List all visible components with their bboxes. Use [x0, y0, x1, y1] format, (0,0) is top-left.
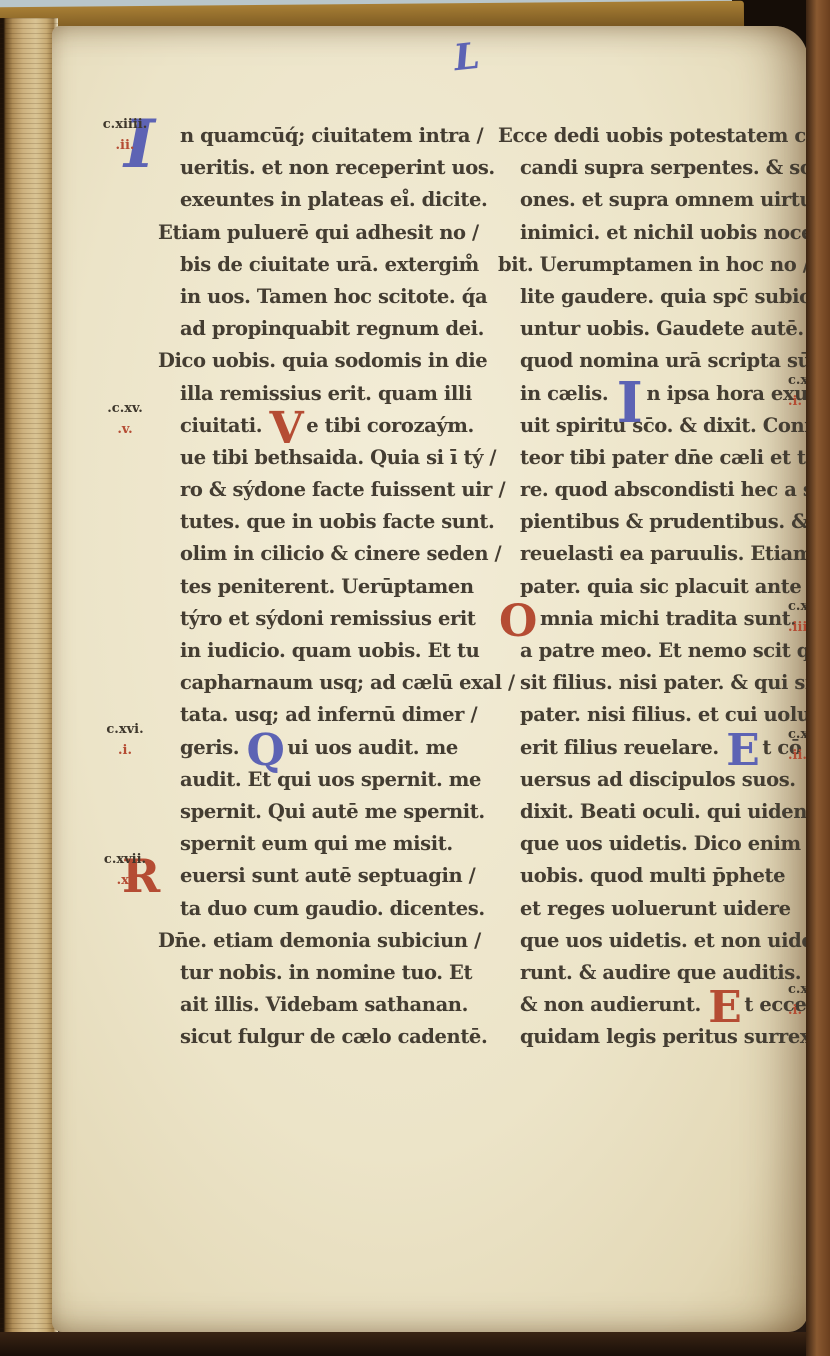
- line-text: candi supra serpentes. & scorpi /: [520, 156, 808, 179]
- line-text: n quamcūq́; ciuitatem intra /: [180, 124, 483, 147]
- line-text: uersus ad discipulos suos.: [520, 768, 796, 791]
- line-pre-text: erit filius reuelare.: [520, 736, 725, 759]
- text-line: pater. nisi filius. et cui uolu /: [498, 699, 808, 731]
- facing-page-gutter-edge: [806, 0, 830, 1356]
- line-text: que uos uidetis. et non uide /: [520, 929, 808, 952]
- line-text: uit spiritu sc̄o. & dixit. Confi /: [520, 414, 808, 437]
- line-text: t cō /: [762, 736, 808, 759]
- text-line: audit. Et qui uos spernit. me: [158, 764, 498, 796]
- table-bottom-edge: [0, 1332, 830, 1356]
- line-text: ad propinquabit regnum dei.: [180, 317, 484, 340]
- line-text: týro et sýdoni remissius erit: [180, 607, 475, 630]
- text-line: tutes. que in uobis facte sunt.: [158, 506, 498, 538]
- line-text: dixit. Beati oculi. qui uident: [520, 800, 808, 823]
- line-text: untur uobis. Gaudete autē.: [520, 317, 804, 340]
- line-pre-text: in cælis.: [520, 382, 615, 405]
- text-line: ue tibi bethsaida. Quia si ī tý /: [158, 442, 498, 474]
- section-number: .i.: [94, 744, 156, 757]
- line-text: audit. Et qui uos spernit. me: [180, 768, 481, 791]
- text-line: a patre meo. Et nemo scit qui: [498, 635, 808, 667]
- text-line: Ecce dedi uobis potestatem cal /: [498, 120, 808, 152]
- text-line: geris. Qui uos audit. me: [158, 732, 498, 764]
- text-line: Etiam puluerē qui adhesit no /: [158, 217, 498, 249]
- line-text: spernit eum qui me misit.: [180, 832, 453, 855]
- line-text: runt. & audire que auditis.: [520, 961, 801, 984]
- text-line: ones. et supra omnem uirtutē: [498, 184, 808, 216]
- text-line: reuelasti ea paruulis. Etiam: [498, 538, 808, 570]
- line-text: ueritis. et non receperint uos.: [180, 156, 495, 179]
- photo-of-manuscript: { "running_header": { "letter": "L" }, "…: [0, 0, 830, 1356]
- line-text: ta duo cum gaudio. dicentes.: [180, 897, 485, 920]
- margin-chapter-note: .c.xv. .v.: [94, 402, 156, 436]
- line-text: quidam legis peritus surrex /: [520, 1025, 808, 1048]
- text-line: runt. & audire que auditis.: [498, 957, 808, 989]
- line-text: uobis. quod multi p̄phete: [520, 864, 785, 887]
- text-line: erit filius reuelare. Et cō /: [498, 732, 808, 764]
- versal-initial: R: [122, 856, 160, 896]
- line-text: pater. nisi filius. et cui uolu /: [520, 703, 808, 726]
- text-line: ait illis. Videbam sathanan.: [158, 989, 498, 1021]
- text-line: uit spiritu sc̄o. & dixit. Confi /: [498, 410, 808, 442]
- text-line: sicut fulgur de cælo cadentē.: [158, 1021, 498, 1053]
- text-line: Dico uobis. quia sodomis in die: [158, 345, 498, 377]
- text-line: pientibus & prudentibus. &: [498, 506, 808, 538]
- text-line: teor tibi pater dn̄e cæli et ter /: [498, 442, 808, 474]
- text-line: ro & sýdone facte fuissent uir /: [158, 474, 498, 506]
- text-line: In quamcūq́; ciuitatem intra /: [158, 120, 498, 152]
- text-column-left: In quamcūq́; ciuitatem intra / ueritis. …: [158, 120, 498, 1053]
- line-text: re. quod abscondisti hec a sa /: [520, 478, 808, 501]
- line-text: tutes. que in uobis facte sunt.: [180, 510, 494, 533]
- text-line: ta duo cum gaudio. dicentes.: [158, 893, 498, 925]
- text-line: uobis. quod multi p̄phete: [498, 860, 808, 892]
- line-text: illa remissius erit. quam illi: [180, 382, 472, 405]
- text-line: re. quod abscondisti hec a sa /: [498, 474, 808, 506]
- text-line: & non audierunt. Et ecce: [498, 989, 808, 1021]
- text-line: Dn̄e. etiam demonia subiciun /: [158, 925, 498, 957]
- text-line: capharnaum usq; ad cælū exal /: [158, 667, 498, 699]
- line-text: olim in cilicio & cinere seden /: [180, 542, 501, 565]
- line-text: t ecce: [744, 993, 806, 1016]
- line-text: bis de ciuitate urā. extergim̊: [180, 253, 479, 276]
- text-line: Omnia michi tradita sunt.: [498, 603, 808, 635]
- line-text: bit. Uerumptamen in hoc no /: [498, 253, 808, 276]
- line-text: exeuntes in plateas ei̊. dicite.: [180, 188, 487, 211]
- text-line: untur uobis. Gaudete autē.: [498, 313, 808, 345]
- text-line: illa remissius erit. quam illi: [158, 378, 498, 410]
- line-text: ui uos audit. me: [287, 736, 457, 759]
- line-text: et reges uoluerunt uidere: [520, 897, 791, 920]
- line-text: e tibi corozaým.: [306, 414, 474, 437]
- line-text: a patre meo. Et nemo scit qui: [520, 639, 808, 662]
- text-line: Reuersi sunt autē septuagin /: [158, 860, 498, 892]
- text-column-right: Ecce dedi uobis potestatem cal / candi s…: [498, 120, 808, 1053]
- line-text: euersi sunt autē septuagin /: [180, 864, 475, 887]
- line-text: sicut fulgur de cælo cadentē.: [180, 1025, 487, 1048]
- text-line: ueritis. et non receperint uos.: [158, 152, 498, 184]
- line-text: ait illis. Videbam sathanan.: [180, 993, 468, 1016]
- text-line: tata. usq; ad infernū dimer /: [158, 699, 498, 731]
- line-text: tur nobis. in nomine tuo. Et: [180, 961, 472, 984]
- line-pre-text: geris.: [180, 736, 245, 759]
- text-line: tes peniterent. Uerūptamen: [158, 571, 498, 603]
- line-text: Dn̄e. etiam demonia subiciun /: [158, 929, 481, 952]
- text-line: pater. quia sic placuit ante te.: [498, 571, 808, 603]
- text-line: lite gaudere. quia spc̄ subici /: [498, 281, 808, 313]
- text-line: et reges uoluerunt uidere: [498, 893, 808, 925]
- text-line: in uos. Tamen hoc scitote. q́a: [158, 281, 498, 313]
- line-text: n ipsa hora exulta /: [646, 382, 808, 405]
- line-text: capharnaum usq; ad cælū exal /: [180, 671, 515, 694]
- versal-initial: I: [124, 114, 154, 174]
- chapter-number: .c.xv.: [94, 402, 156, 415]
- line-text: lite gaudere. quia spc̄ subici /: [520, 285, 808, 308]
- parchment-page: L In quamcūq́; ciuitatem intra / ueritis…: [52, 26, 808, 1332]
- line-text: tata. usq; ad infernū dimer /: [180, 703, 477, 726]
- text-line: bit. Uerumptamen in hoc no /: [498, 249, 808, 281]
- line-text: pater. quia sic placuit ante te.: [520, 575, 808, 598]
- line-pre-text: ciuitati.: [180, 414, 269, 437]
- line-text: inimici. et nichil uobis noce /: [520, 221, 808, 244]
- running-header-letter: L: [452, 35, 482, 79]
- line-text: quod nomina urā scripta sūt: [520, 349, 808, 372]
- line-text: Dico uobis. quia sodomis in die: [158, 349, 487, 372]
- text-line: in iudicio. quam uobis. Et tu: [158, 635, 498, 667]
- line-text: teor tibi pater dn̄e cæli et ter /: [520, 446, 808, 469]
- line-text: ue tibi bethsaida. Quia si ī tý /: [180, 446, 496, 469]
- text-line: candi supra serpentes. & scorpi /: [498, 152, 808, 184]
- line-text: sit filius. nisi pater. & qui sit: [520, 671, 808, 694]
- text-line: ciuitati. Ve tibi corozaým.: [158, 410, 498, 442]
- line-text: in uos. Tamen hoc scitote. q́a: [180, 285, 487, 308]
- line-text: mnia michi tradita sunt.: [540, 607, 797, 630]
- text-line: spernit. Qui autē me spernit.: [158, 796, 498, 828]
- text-line: sit filius. nisi pater. & qui sit: [498, 667, 808, 699]
- line-text: que uos uidetis. Dico enim: [520, 832, 801, 855]
- line-pre-text: & non audierunt.: [520, 993, 707, 1016]
- text-line: quod nomina urā scripta sūt: [498, 345, 808, 377]
- text-line: inimici. et nichil uobis noce /: [498, 217, 808, 249]
- line-text: in iudicio. quam uobis. Et tu: [180, 639, 479, 662]
- text-line: dixit. Beati oculi. qui uident: [498, 796, 808, 828]
- page-stack-fore-edge: [0, 18, 58, 1356]
- section-number: .v.: [94, 423, 156, 436]
- line-text: ro & sýdone facte fuissent uir /: [180, 478, 505, 501]
- text-line: exeuntes in plateas ei̊. dicite.: [158, 184, 498, 216]
- line-text: spernit. Qui autē me spernit.: [180, 800, 485, 823]
- chapter-number: c.xvi.: [94, 723, 156, 736]
- text-line: que uos uidetis. et non uide /: [498, 925, 808, 957]
- text-line: týro et sýdoni remissius erit: [158, 603, 498, 635]
- text-line: uersus ad discipulos suos.: [498, 764, 808, 796]
- text-line: quidam legis peritus surrex /: [498, 1021, 808, 1053]
- text-line: ad propinquabit regnum dei.: [158, 313, 498, 345]
- text-line: spernit eum qui me misit.: [158, 828, 498, 860]
- line-text: ones. et supra omnem uirtutē: [520, 188, 808, 211]
- line-text: tes peniterent. Uerūptamen: [180, 575, 474, 598]
- line-text: pientibus & prudentibus. &: [520, 510, 808, 533]
- text-line: que uos uidetis. Dico enim: [498, 828, 808, 860]
- line-text: Ecce dedi uobis potestatem cal /: [498, 124, 808, 147]
- margin-chapter-note: c.xvi. .i.: [94, 723, 156, 757]
- text-line: bis de ciuitate urā. extergim̊: [158, 249, 498, 281]
- line-text: reuelasti ea paruulis. Etiam: [520, 542, 808, 565]
- line-text: Etiam puluerē qui adhesit no /: [158, 221, 479, 244]
- text-line: in cælis. In ipsa hora exulta /: [498, 378, 808, 410]
- text-line: olim in cilicio & cinere seden /: [158, 538, 498, 570]
- text-line: tur nobis. in nomine tuo. Et: [158, 957, 498, 989]
